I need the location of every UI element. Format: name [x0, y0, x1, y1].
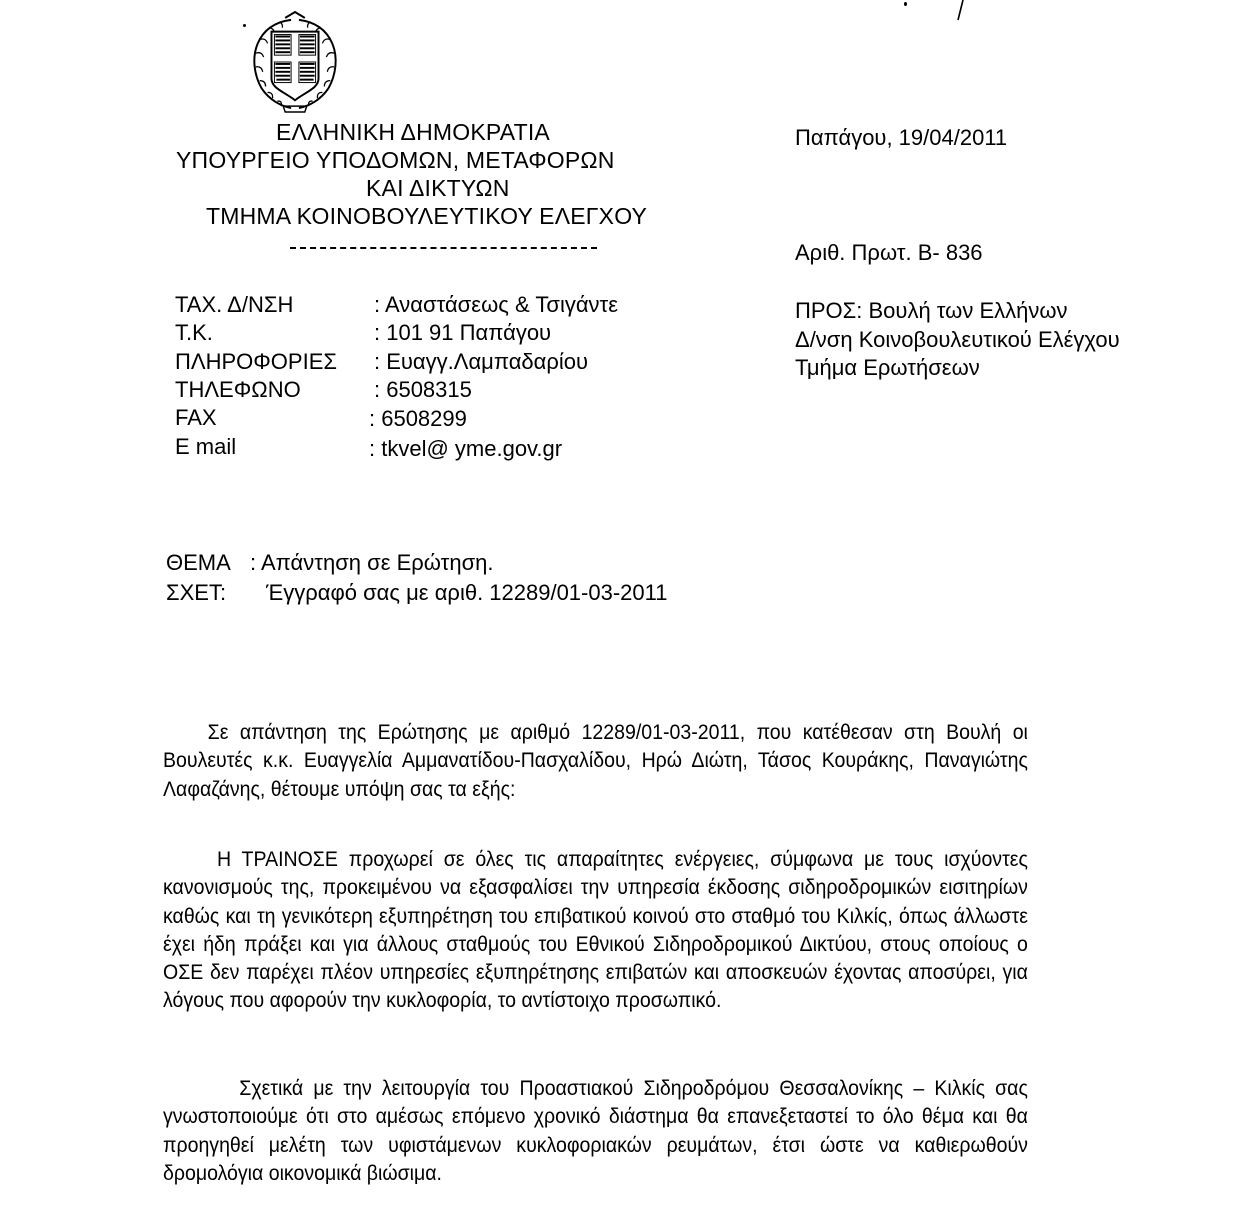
header-ministry: ΥΠΟΥΡΓΕΙΟ ΥΠΟΔΟΜΩΝ, ΜΕΤΑΦΟΡΩΝ: [176, 147, 615, 174]
reference-label: ΣΧΕΤ:: [166, 580, 226, 606]
scan-mark-dot: [904, 2, 907, 6]
header-ministry-cont: ΚΑΙ ΔΙΚΤΥΩΝ: [366, 175, 510, 202]
contact-label-postcode: Τ.Κ.: [175, 320, 213, 346]
greek-coat-of-arms-icon: [246, 10, 344, 114]
subject-value: : Απάντηση σε Ερώτηση.: [250, 550, 494, 576]
contact-label-info: ΠΛΗΡΟΦΟΡΙΕΣ: [175, 349, 337, 375]
body-paragraph-1-text: Σε απάντηση της Ερώτησης με αριθμό 12289…: [163, 719, 1028, 804]
contact-label-fax: FAX: [175, 405, 217, 431]
body-paragraph-1: Σε απάντηση της Ερώτησης με αριθμό 12289…: [163, 719, 1028, 804]
body-paragraph-3: Σχετικά με την λειτουργία του Προαστιακο…: [163, 1075, 1028, 1188]
contact-value-phone: : 6508315: [374, 377, 472, 403]
recipient-line-1: ΠΡΟΣ: Βουλή των Ελλήνων: [795, 298, 1068, 324]
contact-value-email: : tkvel@ yme.gov.gr: [369, 436, 562, 462]
body-paragraph-3-text: Σχετικά με την λειτουργία του Προαστιακο…: [163, 1075, 1028, 1188]
body-paragraph-2-text: Η ΤΡΑΙΝΟΣΕ προχωρεί σε όλες τις απαραίτη…: [163, 846, 1028, 1016]
recipient-line-2: Δ/νση Κοινοβουλευτικού Ελέγχου: [795, 327, 1120, 353]
body-paragraph-2: Η ΤΡΑΙΝΟΣΕ προχωρεί σε όλες τις απαραίτη…: [163, 846, 1028, 1016]
recipient-line-3: Τμήμα Ερωτήσεων: [795, 355, 980, 381]
contact-label-address: ΤΑΧ. Δ/ΝΣΗ: [175, 292, 293, 318]
contact-label-phone: ΤΗΛΕΦΩΝΟ: [175, 377, 301, 403]
contact-value-address: : Αναστάσεως & Τσιγάντε: [374, 292, 618, 318]
contact-value-postcode: : 101 91 Παπάγου: [374, 320, 551, 346]
contact-value-info: : Ευαγγ.Λαμπαδαρίου: [374, 349, 588, 375]
header-country: ΕΛΛΗΝΙΚΗ ΔΗΜΟΚΡΑΤΙΑ: [276, 119, 550, 146]
reference-value: Έγγραφό σας με αριθ. 12289/01-03-2011: [266, 580, 667, 606]
scan-mark-stroke: [955, 0, 965, 22]
contact-label-email: E mail: [175, 434, 236, 460]
header-department: ΤΜΗΜΑ ΚΟΙΝΟΒΟΥΛΕΥΤΙΚΟΥ ΕΛΕΓΧΟΥ: [206, 203, 647, 230]
subject-label: ΘΕΜΑ: [166, 550, 231, 576]
place-date: Παπάγου, 19/04/2011: [795, 125, 1007, 151]
header-divider: [290, 247, 597, 249]
protocol-number: Αριθ. Πρωτ. Β- 836: [795, 240, 983, 266]
contact-value-fax: : 6508299: [369, 406, 467, 432]
